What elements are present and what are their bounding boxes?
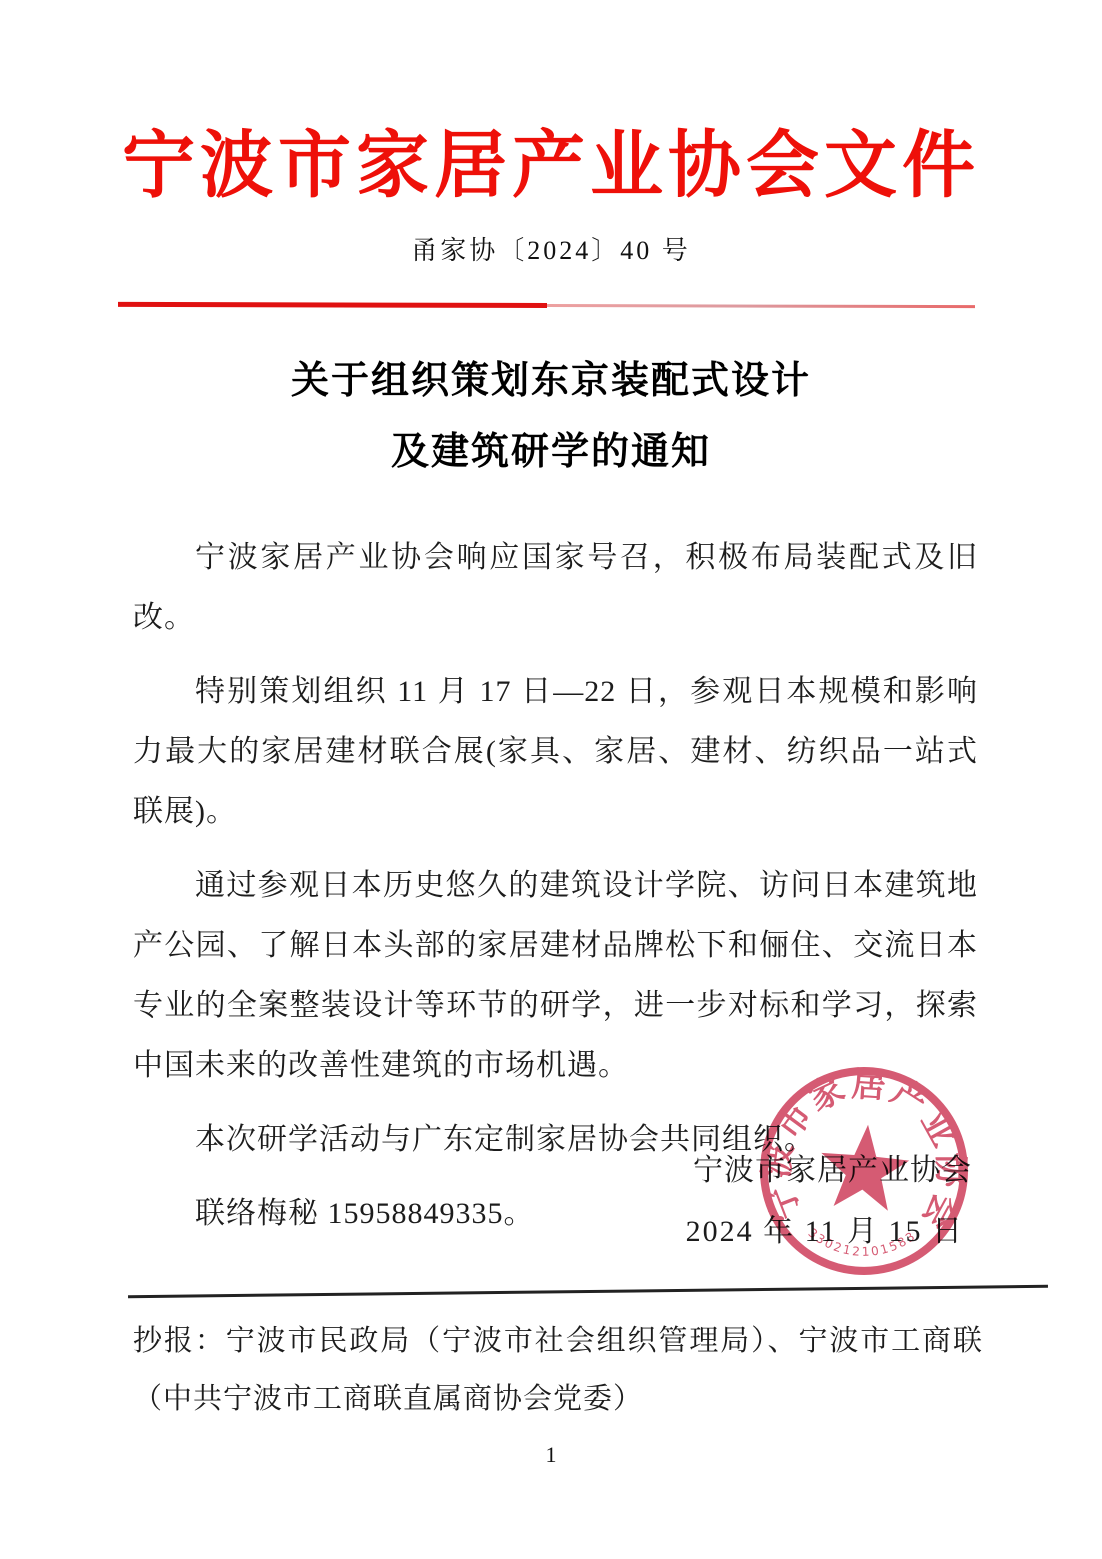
red-divider-right-segment [546,304,975,308]
red-divider-line [118,302,975,310]
document-page: 宁波市家居产业协会文件 甬家协〔2024〕40 号 关于组织策划东京装配式设计 … [0,0,1102,1559]
body-paragraph: 特别策划组织 11 月 17 日—22 日，参观日本规模和影响力最大的家居建材联… [133,662,978,842]
signature-block: 宁波市家居产业协会 2024 年 11 月 15 日 [686,1147,972,1256]
document-number: 甬家协〔2024〕40 号 [0,230,1102,267]
body-paragraph: 宁波家居产业协会响应国家号召，积极布局装配式及旧改。 [133,528,978,648]
letterhead-title: 宁波市家居产业协会文件 [0,106,1102,211]
red-divider-left-segment [118,302,547,308]
signature-organization: 宁波市家居产业协会 [686,1147,972,1195]
document-title: 关于组织策划东京装配式设计 及建筑研学的通知 [0,346,1102,488]
document-title-line2: 及建筑研学的通知 [0,417,1102,488]
copy-to-notice: 抄报：宁波市民政局（宁波市社会组织管理局）、宁波市工商联（中共宁波市工商联直属商… [133,1312,983,1428]
document-body: 宁波家居产业协会响应国家号召，积极布局装配式及旧改。 特别策划组织 11 月 1… [133,528,978,1244]
body-paragraph: 通过参观日本历史悠久的建筑设计学院、访问日本建筑地产公园、了解日本头部的家居建材… [133,856,978,1096]
document-title-line1: 关于组织策划东京装配式设计 [0,346,1102,417]
footer-divider-line [128,1285,1048,1298]
signature-date: 2024 年 11 月 15 日 [686,1208,972,1256]
page-number: 1 [0,1442,1102,1468]
